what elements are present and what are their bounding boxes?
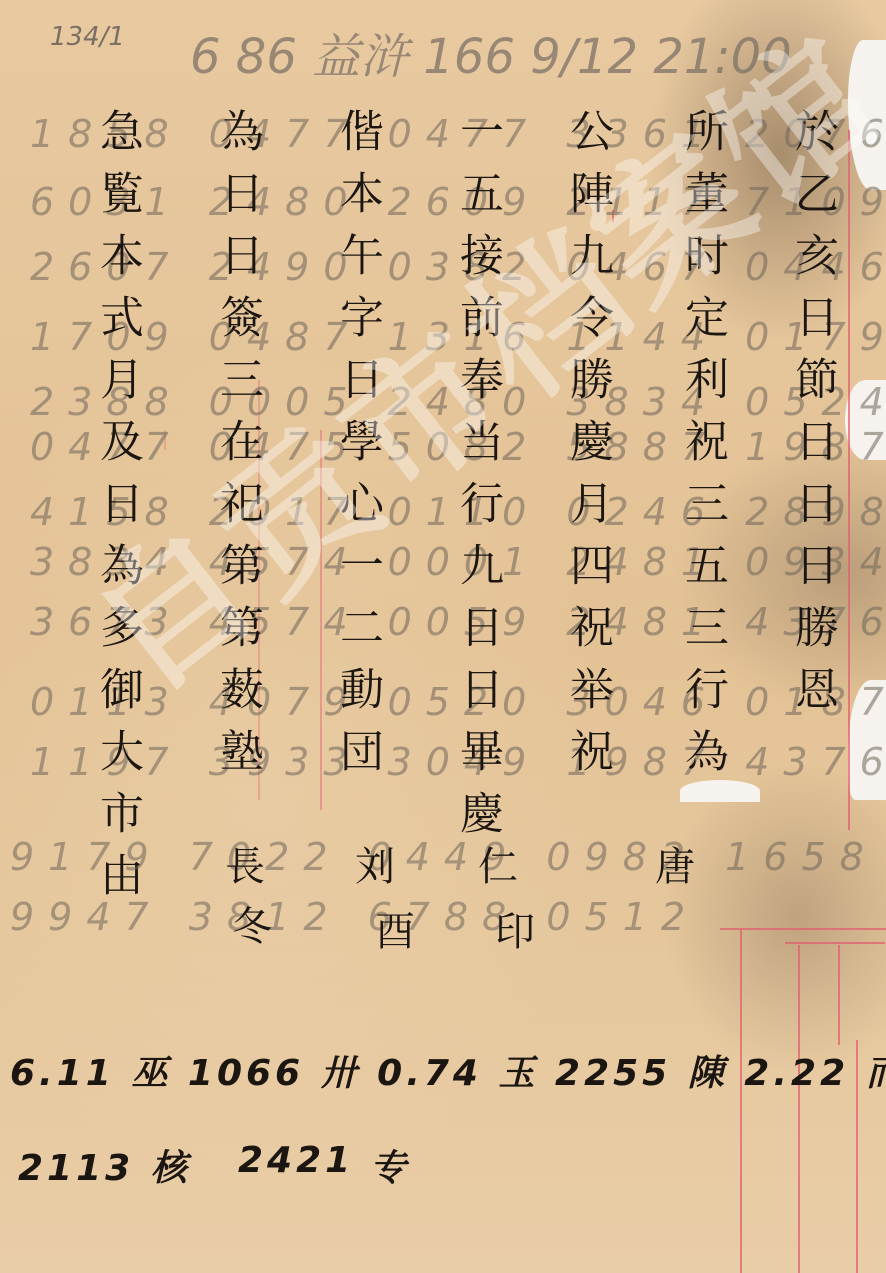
- signature-char: 刘: [355, 835, 401, 892]
- red-rule-line: [740, 930, 742, 1273]
- text-column-3: 公陣九令勝慶月四祝举祝: [565, 108, 609, 790]
- signature-char: 長: [225, 835, 271, 892]
- red-rule-line: [798, 945, 800, 1273]
- text-column-2: 所董时定利祝三五三行為: [680, 108, 724, 790]
- signature-char: 冬: [232, 895, 278, 952]
- signature-char: 印: [495, 900, 541, 957]
- signature-char: 仁: [478, 835, 524, 892]
- page-number: 134/1: [50, 22, 125, 52]
- text-column-5: 偕本午字日學心一二動団: [335, 108, 379, 790]
- footer-line-2-mid: 2421: [238, 1140, 354, 1181]
- signature-char: 酉: [375, 900, 421, 957]
- signature-char: 唐: [655, 835, 701, 892]
- text-column-7: 急覧本式月及日為多御大市由: [95, 108, 139, 914]
- footer-line-2-right: 专: [370, 1140, 410, 1191]
- text-column-1: 於乙亥日節日日日勝恩: [790, 108, 834, 728]
- text-column-4: 一五接前奉当行九日日畢慶: [455, 108, 499, 852]
- text-column-6: 為日日簽三在祀第第薮塾: [215, 108, 259, 790]
- pencil-header-note: 6 86 益浒 166 9/12 21:00: [190, 18, 792, 87]
- footer-line-1: 6.11 巫 1066 卅 0.74 玉 2255 陳 2.22 而: [10, 1045, 886, 1096]
- red-rule-horizontal: [785, 942, 885, 944]
- red-rule-line: [848, 130, 850, 830]
- footer-line-2-left: 2113 核: [18, 1140, 191, 1191]
- red-rule-line: [838, 945, 840, 1045]
